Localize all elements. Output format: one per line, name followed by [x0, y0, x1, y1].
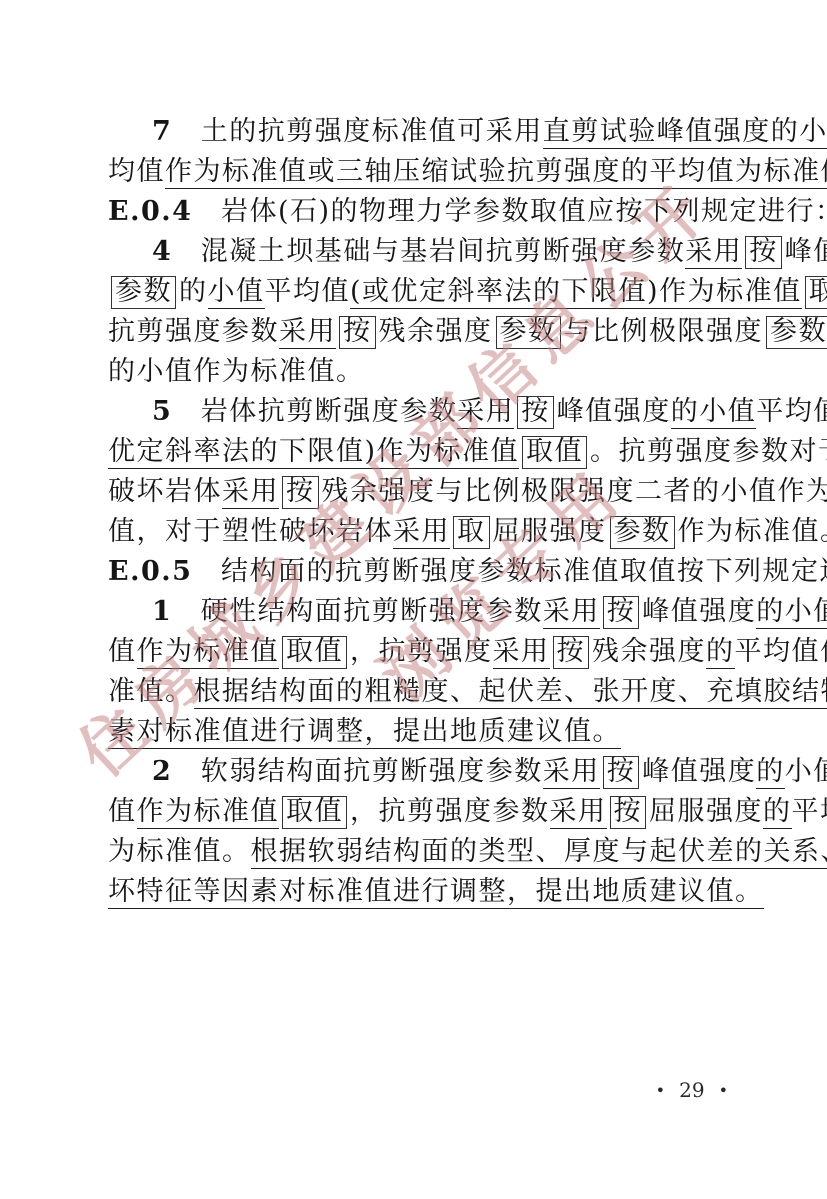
text-run: 7 — [152, 116, 172, 147]
revision-underlined-text: 作为标准值 — [137, 636, 280, 669]
text-run: 土的抗剪强度标准值可采用 — [172, 116, 543, 147]
revision-underlined-text: 作为标准值 — [137, 796, 280, 829]
text-run: 破坏岩体 — [108, 476, 222, 507]
text-run: 结构面的抗剪断强度参数标准值取值按下列规定进行： — [192, 556, 827, 587]
text-line: 值，对于塑性破坏岩体采用取屈服强度参数作为标准值。 — [108, 512, 748, 552]
text-run: 1 — [152, 596, 172, 627]
text-run: 屈服强度 — [649, 796, 763, 827]
text-run: 峰值强度 — [557, 396, 671, 427]
text-line: 值作为标准值取值，抗剪强度参数采用按屈服强度的平均值作 — [108, 792, 748, 832]
revision-boxed-text: 按 — [603, 596, 640, 629]
text-line: E.0.5 结构面的抗剪断强度参数标准值取值按下列规定进行： — [108, 552, 748, 592]
text-line: 7 土的抗剪强度标准值可采用直剪试验峰值强度的小值平 — [108, 112, 748, 152]
revision-underlined-text: 采用 — [685, 236, 742, 269]
text-run: 残余强度 — [592, 636, 706, 667]
revision-boxed-text: 参数 — [496, 316, 561, 349]
text-run: 值，对于塑性破坏岩体 — [108, 516, 393, 547]
revision-underlined-text: 根据软弱结构面的类型、厚度与起伏差的关系、剪切破 — [251, 836, 827, 869]
text-run: 平均值 — [265, 276, 351, 307]
text-run: 为标准值。 — [108, 836, 251, 867]
revision-underlined-text: 作为标准值或三轴压缩试验抗剪强度的平均值为标准值 — [165, 156, 827, 189]
revision-boxed-text: 取值 — [282, 796, 347, 829]
text-line: 破坏岩体采用按残余强度与比例极限强度二者的小值作为标准 — [108, 472, 748, 512]
text-line: 素对标准值进行调整，提出地质建议值。 — [108, 712, 748, 752]
revision-boxed-text: 取值 — [282, 636, 347, 669]
text-run: 混凝土坝基础与基岩间抗剪断强度参数 — [172, 236, 685, 267]
text-line: 的小值作为标准值。 — [108, 352, 748, 392]
text-run: 峰值强度 — [785, 236, 827, 267]
revision-underlined-text: 的 — [706, 636, 735, 669]
revision-boxed-text: 按 — [610, 796, 647, 829]
revision-boxed-text: 按 — [517, 396, 554, 429]
text-run: E.0.4 — [108, 196, 192, 227]
revision-boxed-text: 参数 — [111, 276, 176, 309]
revision-underlined-text: 的小值 — [671, 396, 757, 429]
text-run: 。抗剪强度参数对于脆性 — [590, 436, 827, 467]
page-footer: • 29 • — [656, 1078, 728, 1102]
text-run: 作为标准值。 — [678, 516, 827, 547]
revision-boxed-text: 取值 — [805, 276, 827, 309]
revision-underlined-text: 采用 — [550, 796, 607, 829]
revision-boxed-text: 按 — [282, 476, 319, 509]
text-run: 岩体(石)的物理力学参数取值应按下列规定进行： — [192, 196, 827, 227]
revision-underlined-text: 素对标准值进行调整，提出地质建议值。 — [108, 716, 621, 749]
text-run: E.0.5 — [108, 556, 192, 587]
revision-boxed-text: 参数 — [766, 316, 827, 349]
text-run: 峰值强度 — [642, 596, 756, 627]
text-run: ，抗剪强度参数 — [350, 796, 550, 827]
text-line: 5 岩体抗剪断强度参数采用按峰值强度的小值平均值(或 — [108, 392, 748, 432]
revision-underlined-text: 的 — [756, 756, 785, 789]
revision-underlined-text: 优定斜率法的下限值)作为标准值 — [108, 436, 519, 469]
text-run: 平均值 — [756, 396, 827, 427]
revision-boxed-text: 按 — [745, 236, 782, 269]
text-line: 2 软弱结构面抗剪断强度参数采用按峰值强度的小值平均 — [108, 752, 748, 792]
text-run: 的 — [179, 276, 208, 307]
text-line: 1 硬性结构面抗剪断强度参数采用按峰值强度的小值平均 — [108, 592, 748, 632]
text-run: 2 — [152, 756, 172, 787]
revision-underlined-text: 小值 — [208, 276, 265, 309]
text-run: 小值平均 — [785, 756, 827, 787]
revision-boxed-text: 按 — [339, 316, 376, 349]
text-run: 平均值作 — [792, 796, 827, 827]
text-run: ，抗剪强度 — [350, 636, 493, 667]
text-block: 7 土的抗剪强度标准值可采用直剪试验峰值强度的小值平均值作为标准值或三轴压缩试验… — [108, 112, 748, 912]
document-page: 7 土的抗剪强度标准值可采用直剪试验峰值强度的小值平均值作为标准值或三轴压缩试验… — [0, 0, 827, 1199]
text-line: 均值作为标准值或三轴压缩试验抗剪强度的平均值为标准值。 — [108, 152, 748, 192]
text-line: 坏特征等因素对标准值进行调整，提出地质建议值。 — [108, 872, 748, 912]
text-line: 值作为标准值取值，抗剪强度采用按残余强度的平均值作为标 — [108, 632, 748, 672]
revision-boxed-text: 按 — [553, 636, 590, 669]
text-run: 准值。 — [108, 676, 194, 707]
text-run: 值 — [108, 796, 137, 827]
revision-underlined-text: 的小值 — [756, 596, 827, 629]
footer-left-dot: • — [656, 1081, 665, 1100]
page-number: 29 — [679, 1078, 704, 1102]
text-line: 4 混凝土坝基础与基岩间抗剪断强度参数采用按峰值强度 — [108, 232, 748, 272]
text-run: 值 — [108, 636, 137, 667]
revision-underlined-text: 直剪试验峰值强度的小值平 — [543, 116, 827, 149]
footer-right-dot: • — [719, 1081, 728, 1100]
revision-underlined-text: 的 — [763, 796, 792, 829]
text-run: 的小值作为标准值。 — [108, 356, 365, 387]
text-run: 峰值强度 — [642, 756, 756, 787]
revision-underlined-text: (或优定斜率法的下限值)作为标准值 — [350, 276, 802, 309]
revision-underlined-text: 采用 — [543, 756, 600, 789]
revision-boxed-text: 参数 — [610, 516, 675, 549]
text-line: 为标准值。根据软弱结构面的类型、厚度与起伏差的关系、剪切破 — [108, 832, 748, 872]
text-run: 屈服强度 — [493, 516, 607, 547]
revision-underlined-text: 采用 — [393, 516, 450, 549]
text-run: 4 — [152, 236, 172, 267]
text-run: 软弱结构面抗剪断强度参数 — [172, 756, 543, 787]
text-line: 优定斜率法的下限值)作为标准值取值。抗剪强度参数对于脆性 — [108, 432, 748, 472]
revision-underlined-text: 采用 — [457, 396, 514, 429]
revision-underlined-text: 采用 — [493, 636, 550, 669]
revision-underlined-text: 根据结构面的粗糙度、起伏差、张开度、充填胶结特征等因 — [194, 676, 827, 709]
text-run: 残余强度 — [379, 316, 493, 347]
text-run: 平均值作为标 — [735, 636, 827, 667]
text-run: 5 — [152, 396, 172, 427]
revision-underlined-text: 坏特征等因素对标准值进行调整，提出地质建议值。 — [108, 876, 764, 909]
text-run: 硬性结构面抗剪断强度参数 — [172, 596, 543, 627]
text-line: E.0.4 岩体(石)的物理力学参数取值应按下列规定进行： — [108, 192, 748, 232]
revision-boxed-text: 按 — [603, 756, 640, 789]
text-run: 均值 — [108, 156, 165, 187]
text-run: 抗剪强度参数 — [108, 316, 279, 347]
revision-boxed-text: 取值 — [522, 436, 587, 469]
text-line: 参数的小值平均值(或优定斜率法的下限值)作为标准值取值， — [108, 272, 748, 312]
revision-boxed-text: 取 — [453, 516, 490, 549]
text-run: 岩体抗剪断强度参数 — [172, 396, 457, 427]
text-run: 与比例极限强度 — [564, 316, 764, 347]
revision-underlined-text: 采用 — [279, 316, 336, 349]
text-run: 残余强度与比例极限强度二者的小值作为标准 — [322, 476, 827, 507]
revision-underlined-text: 采用 — [543, 596, 600, 629]
revision-underlined-text: 采用 — [222, 476, 279, 509]
text-line: 准值。根据结构面的粗糙度、起伏差、张开度、充填胶结特征等因 — [108, 672, 748, 712]
text-line: 抗剪强度参数采用按残余强度参数与比例极限强度参数二者 — [108, 312, 748, 352]
